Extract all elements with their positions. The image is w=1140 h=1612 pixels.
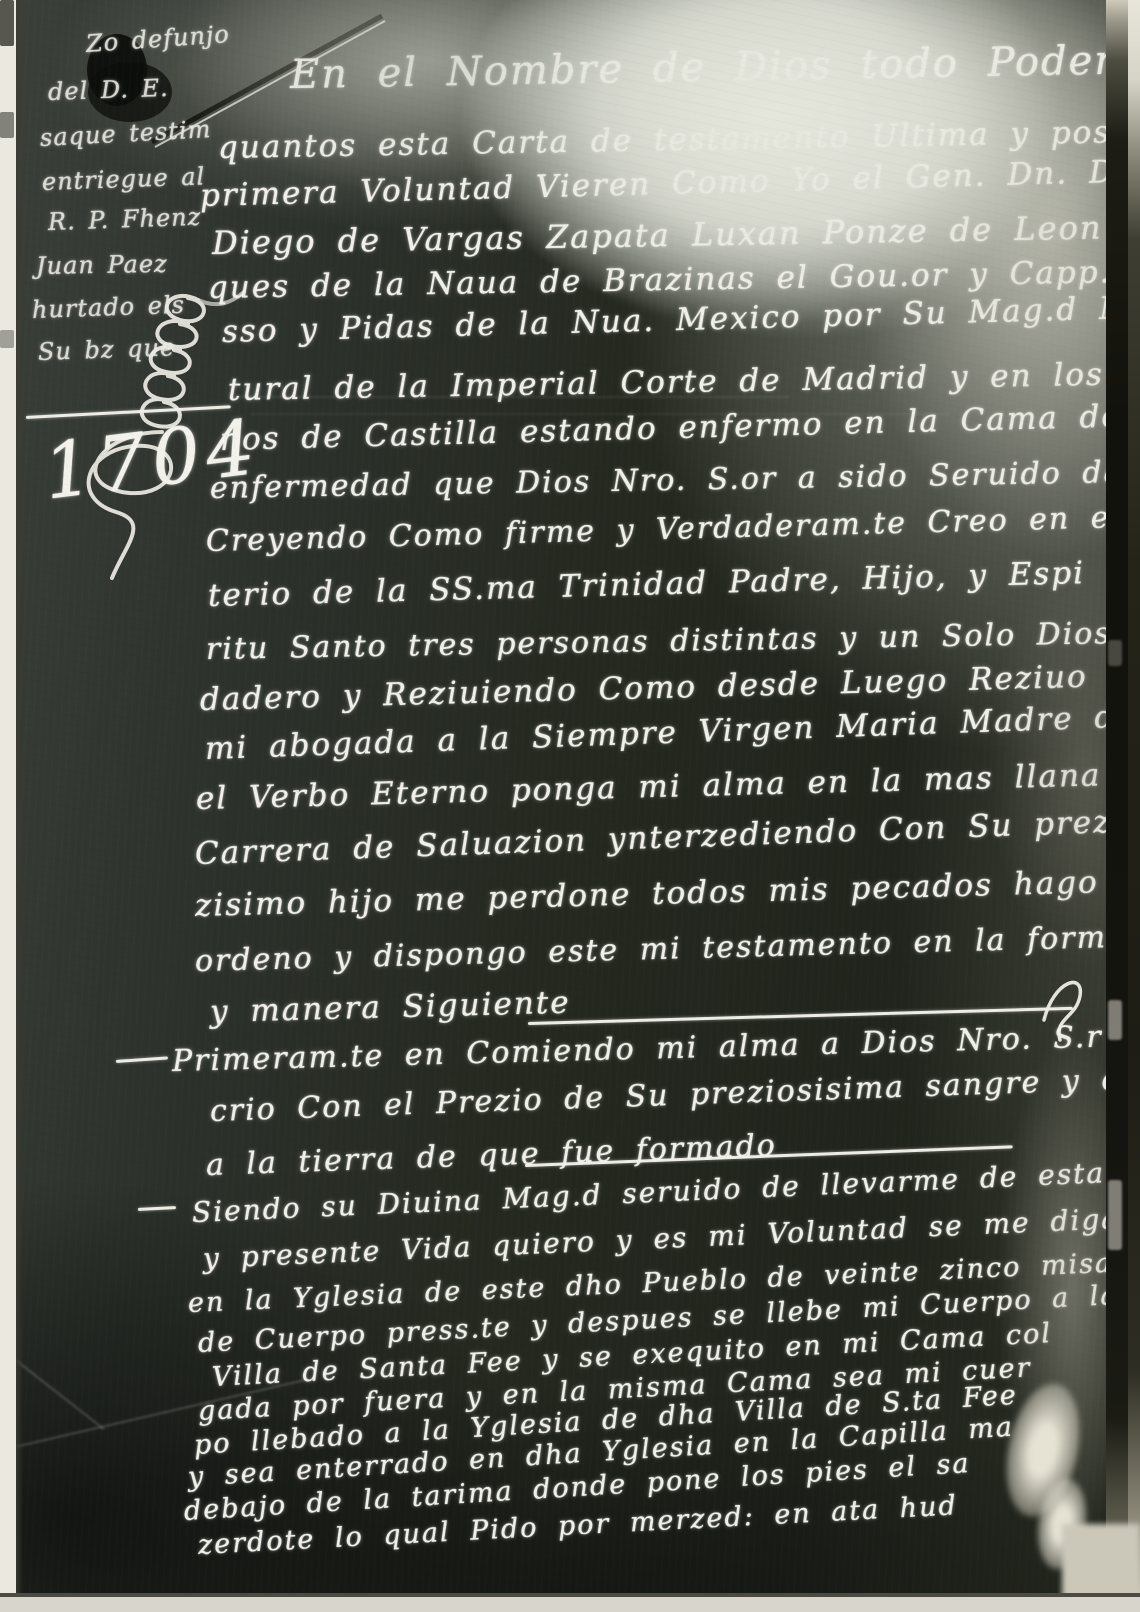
- border-smudge: [0, 330, 14, 348]
- border-smudge: [0, 0, 14, 46]
- edge-damage-fleck: [1108, 640, 1122, 666]
- margin-note: entriegue al: [42, 162, 206, 196]
- page-edge-dark-band: [1106, 0, 1128, 1612]
- margin-note: Juan Paez: [36, 250, 168, 280]
- photo-right-border: [1128, 0, 1140, 1612]
- photo-left-border: [0, 0, 16, 1612]
- margin-note: R. P. Fhenz: [48, 203, 202, 236]
- margin-note: hurtado els: [32, 291, 186, 324]
- border-smudge: [0, 112, 14, 138]
- margin-note: del D. E.: [48, 74, 170, 106]
- photo-bottom-border: [0, 1597, 1140, 1612]
- photostat-page: Zo defunjo del D. E. saque testim entrie…: [0, 0, 1140, 1612]
- edge-damage-fleck: [1108, 1180, 1122, 1250]
- border-seam-shadow: [16, 0, 23, 1612]
- margin-note: Su bz que: [38, 333, 176, 366]
- edge-damage-fleck: [1108, 1000, 1122, 1040]
- bottom-right-light-patch: [1062, 1524, 1140, 1600]
